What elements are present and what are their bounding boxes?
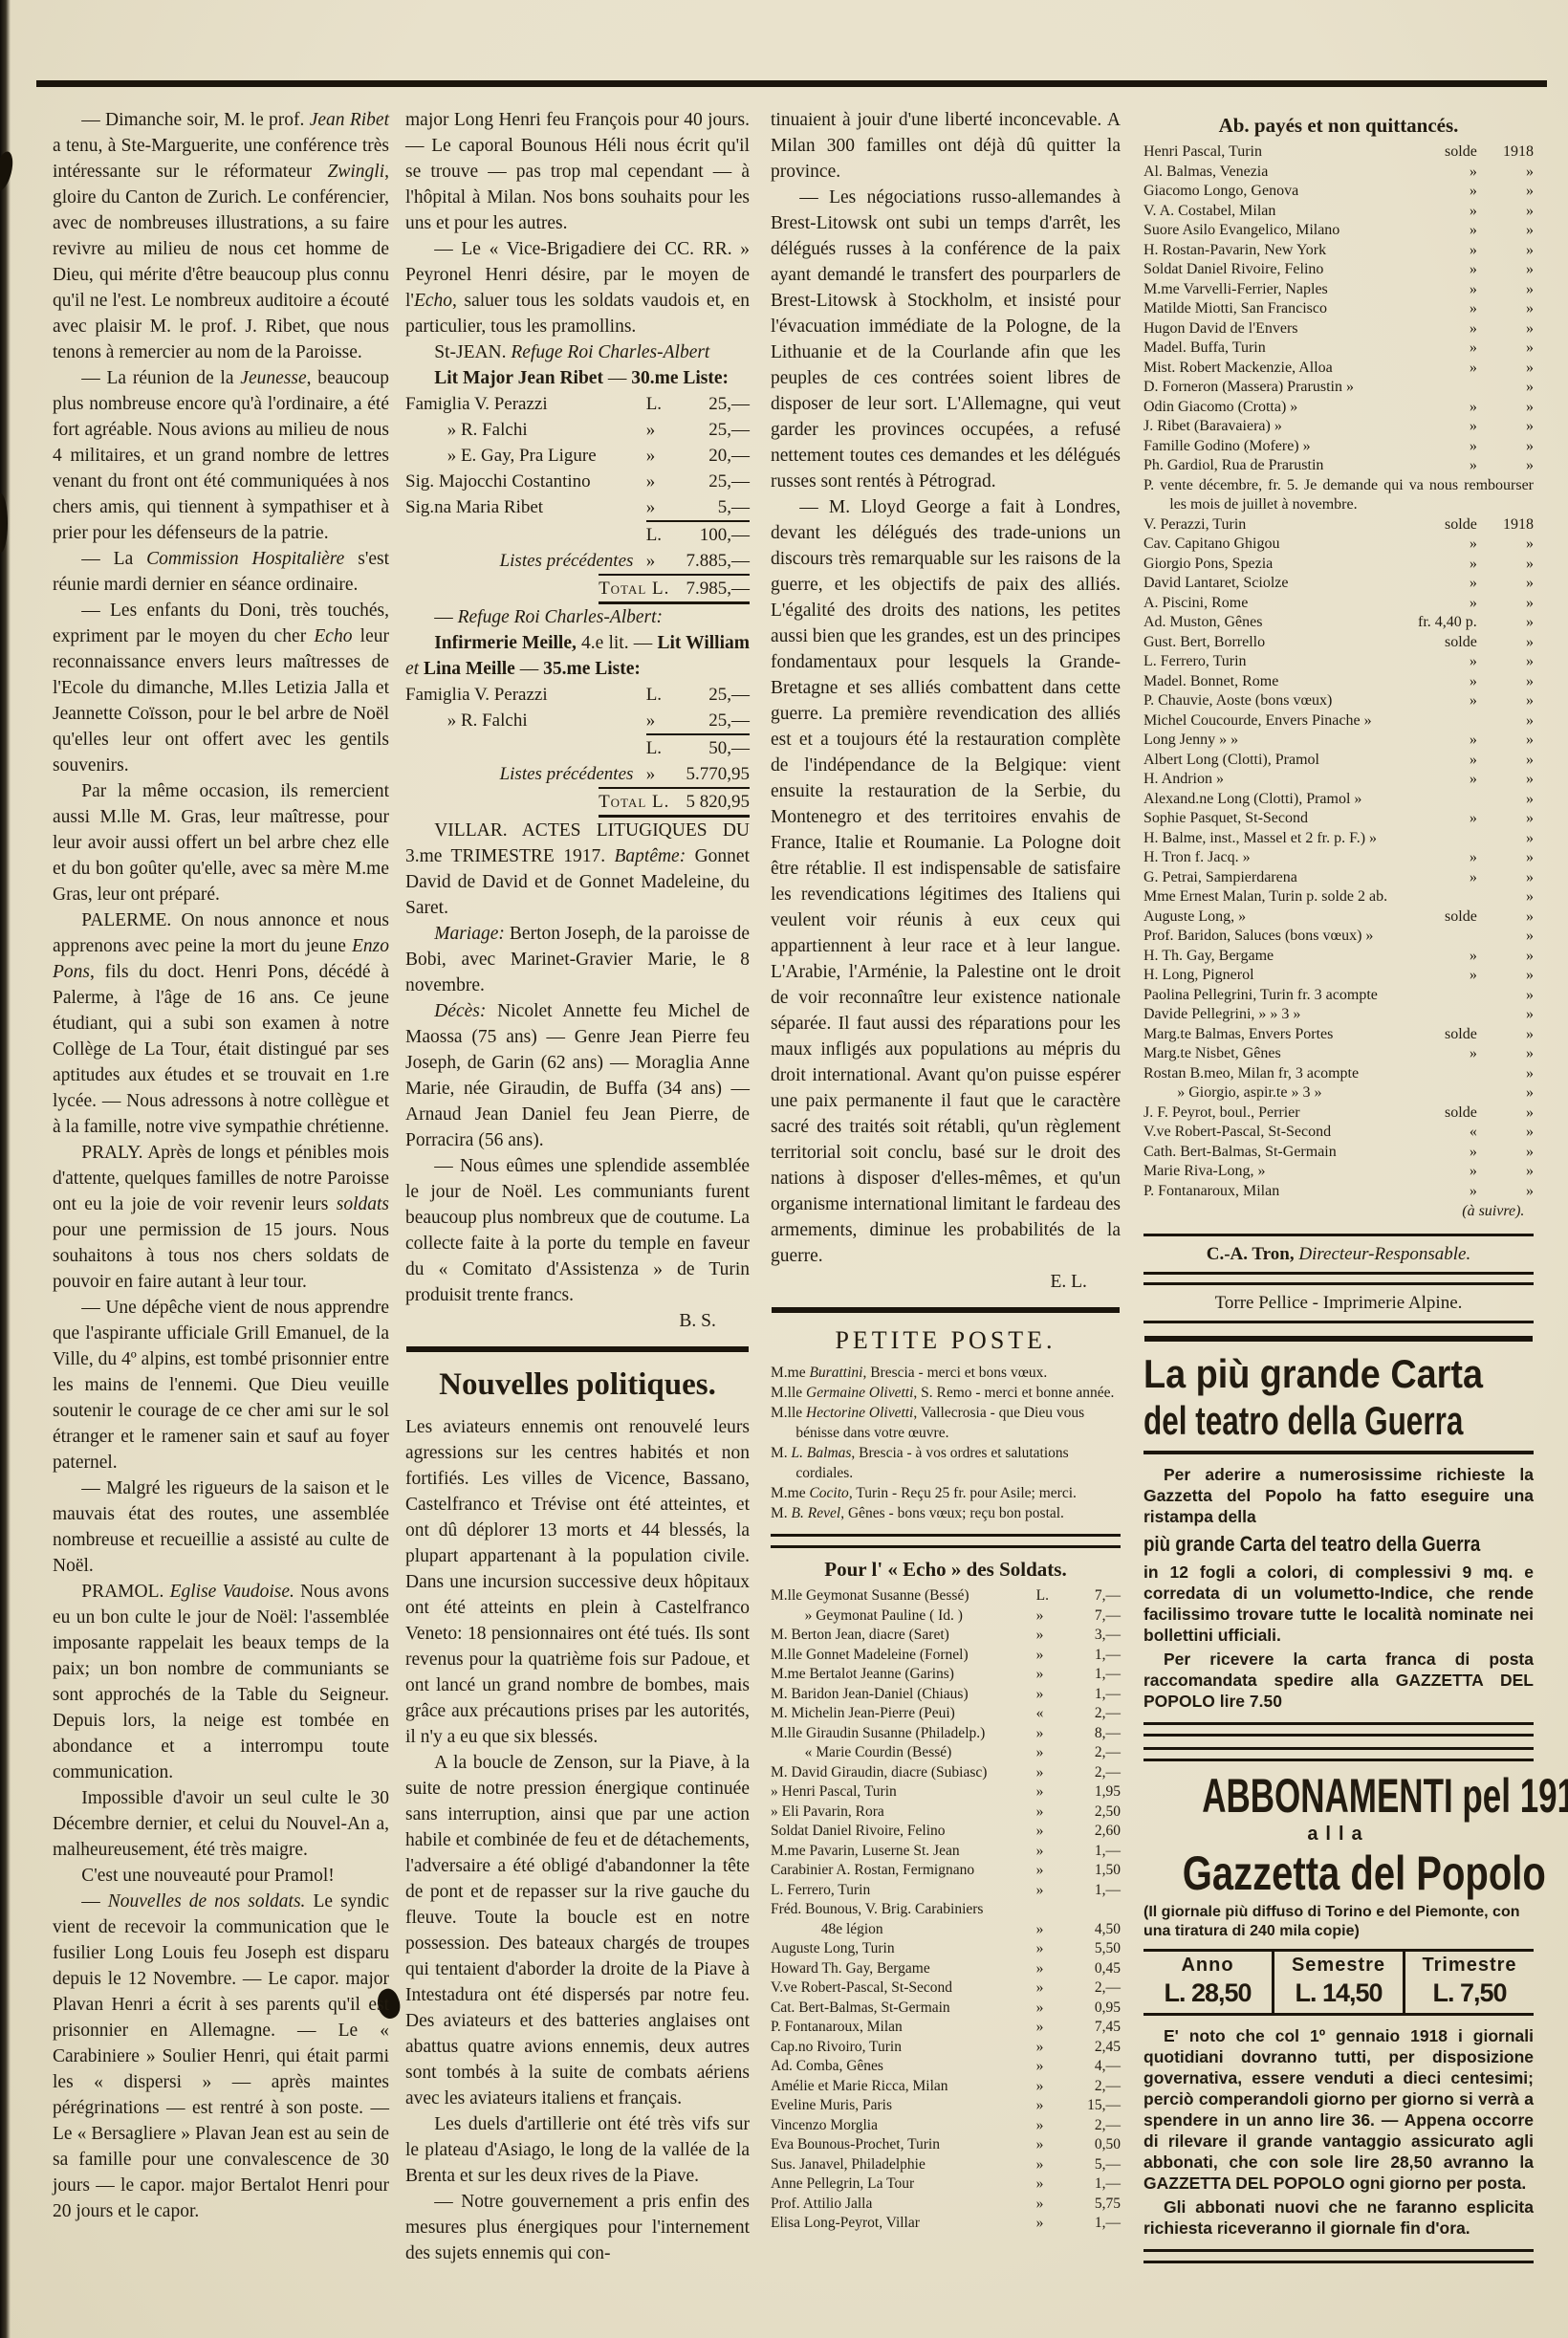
donation-row: » Geymonat Pauline ( Id. )»7,— bbox=[771, 1606, 1121, 1627]
donation-row: M.me Pavarin, Luserne St. Jean»1,— bbox=[771, 1842, 1121, 1862]
amount: 4,50 bbox=[1069, 1920, 1121, 1940]
donor-name: Listes précédentes bbox=[405, 761, 646, 787]
currency-mark: L. bbox=[1036, 1586, 1069, 1606]
donation-row: V.ve Robert-Pascal, St-Second»2,— bbox=[771, 1978, 1121, 1999]
payment-status: » bbox=[1470, 437, 1494, 457]
payment-status: » bbox=[1470, 1162, 1494, 1182]
subscriber-row: Mme Ernest Malan, Turin p. solde 2 ab.» bbox=[1143, 887, 1534, 907]
paragraph: — Les enfants du Doni, très touchés, exp… bbox=[53, 598, 389, 778]
top-rule bbox=[36, 80, 1547, 87]
payment-status: » bbox=[1470, 848, 1494, 868]
paragraph: PRAMOL. Eglise Vaudoise. Nous avons eu u… bbox=[53, 1579, 389, 1785]
subscriber-row: Marg.te Nisbet, Gênes»» bbox=[1143, 1044, 1534, 1064]
subscriber-row: P. Chauvie, Aoste (bons vœux)»» bbox=[1143, 691, 1534, 711]
payment-status: solde bbox=[1445, 1025, 1493, 1045]
subscriber-name: Giacomo Longo, Genova bbox=[1143, 182, 1470, 202]
subscriber-name: Cath. Bert-Balmas, St-Germain bbox=[1143, 1143, 1470, 1163]
subscriber-row: H. Th. Gay, Bergame»» bbox=[1143, 947, 1534, 967]
donor-name: Sus. Janavel, Philadelphie bbox=[771, 2155, 1036, 2175]
currency-mark: » bbox=[1036, 2155, 1069, 2175]
currency-mark: » bbox=[646, 708, 686, 733]
price-value: L. 28,50 bbox=[1164, 1978, 1251, 2007]
donation-row: Howard Th. Gay, Bergame»0,45 bbox=[771, 1959, 1121, 1979]
payment-year: » bbox=[1493, 417, 1534, 437]
payment-status: » bbox=[1470, 260, 1494, 280]
payment-year: » bbox=[1493, 1103, 1534, 1124]
amount: 20,— bbox=[686, 443, 751, 469]
paragraph: — Le « Vice-Brigadiere dei CC. RR. » Pey… bbox=[405, 236, 750, 339]
payment-year: » bbox=[1493, 887, 1534, 907]
payment-status: solde bbox=[1445, 515, 1493, 535]
subscriber-row: G. Petrai, Sampierdarena»» bbox=[1143, 868, 1534, 888]
amount: 1,— bbox=[1069, 2174, 1121, 2195]
divider-double-rule bbox=[1143, 2249, 1534, 2263]
currency-mark: » bbox=[1036, 1685, 1069, 1705]
payment-year: » bbox=[1493, 927, 1534, 947]
subscriber-row: V.ve Robert-Pascal, St-Second«» bbox=[1143, 1123, 1534, 1143]
donor-name: » Eli Pavarin, Rora bbox=[771, 1803, 1036, 1823]
amount: 50,— bbox=[686, 733, 751, 761]
amount: 2,— bbox=[1069, 2077, 1121, 2097]
payment-year: » bbox=[1493, 1083, 1534, 1103]
notice-entry: P. vente décembre, fr. 5. Je demande qui… bbox=[1143, 476, 1534, 515]
currency-mark: L. bbox=[646, 682, 686, 708]
subscriber-name: Odin Giacomo (Crotta) » bbox=[1143, 398, 1470, 418]
currency-mark: » bbox=[1036, 2077, 1069, 2097]
subscriber-row: Ad. Muston, Gênesfr. 4,40 p.» bbox=[1143, 613, 1534, 633]
currency-mark: L. bbox=[646, 391, 686, 417]
donation-row: Amélie et Marie Ricca, Milan»2,— bbox=[771, 2077, 1121, 2097]
amount: 25,— bbox=[686, 417, 751, 443]
notice-entry: M.me Burattini, Brescia - merci et bons … bbox=[771, 1363, 1121, 1383]
currency-mark: » bbox=[1036, 1724, 1069, 1744]
currency-mark: » bbox=[1036, 1939, 1069, 1959]
subscriber-row: Famille Godino (Mofere) »»» bbox=[1143, 437, 1534, 457]
subscriber-row: Sophie Pasquet, St-Second»» bbox=[1143, 809, 1534, 829]
subscriber-row: Giacomo Longo, Genova»» bbox=[1143, 182, 1534, 202]
payment-year: » bbox=[1493, 672, 1534, 692]
subscriber-name: A. Piscini, Rome bbox=[1143, 594, 1470, 614]
subscriber-name: H. Long, Pignerol bbox=[1143, 966, 1470, 986]
donation-row: » E. Gay, Pra Ligure»20,— bbox=[405, 443, 750, 469]
donor-name: Ad. Comba, Gênes bbox=[771, 2057, 1036, 2077]
subscriber-name: V. A. Costabel, Milan bbox=[1143, 202, 1470, 222]
payment-status: » bbox=[1470, 299, 1494, 319]
payment-status: » bbox=[1470, 417, 1494, 437]
donation-row: L.100,— bbox=[405, 520, 750, 548]
paragraph: — Refuge Roi Charles-Albert: bbox=[405, 604, 750, 630]
subscriber-name: Auguste Long, » bbox=[1143, 907, 1445, 928]
payment-year: » bbox=[1493, 241, 1534, 261]
list-heading: Pour l' « Echo » des Soldats. bbox=[771, 1557, 1121, 1582]
amount: 5,75 bbox=[1069, 2195, 1121, 2215]
currency-mark: » bbox=[1036, 2057, 1069, 2077]
amount: 2,— bbox=[1069, 1704, 1121, 1724]
paragraph: A la boucle de Zenson, sur la Piave, à l… bbox=[405, 1750, 750, 2111]
subscriber-name: Long Jenny » » bbox=[1143, 731, 1470, 751]
subscriber-name: Soldat Daniel Rivoire, Felino bbox=[1143, 260, 1470, 280]
currency-mark: » bbox=[1036, 2195, 1069, 2215]
amount: 0,95 bbox=[1069, 1999, 1121, 2019]
paragraph: major Long Henri feu François pour 40 jo… bbox=[405, 107, 750, 236]
currency-mark: » bbox=[646, 761, 686, 787]
subscriber-row: Hugon David de l'Envers»» bbox=[1143, 319, 1534, 339]
currency-mark: » bbox=[1036, 2038, 1069, 2058]
payment-status: solde bbox=[1445, 1103, 1493, 1124]
subscriber-name: P. Chauvie, Aoste (bons vœux) bbox=[1143, 691, 1470, 711]
currency-mark: » bbox=[1036, 1920, 1069, 1940]
paragraph: tinuaient à jouir d'une liberté inconcev… bbox=[771, 107, 1121, 185]
price-cell: TrimestreL. 7,50 bbox=[1403, 1952, 1534, 2013]
donation-row: Eveline Muris, Paris»15,— bbox=[771, 2096, 1121, 2116]
donor-name: Carabinier A. Rostan, Fermignano bbox=[771, 1861, 1036, 1881]
signature: B. S. bbox=[405, 1308, 750, 1334]
subscriber-name: David Lantaret, Sciolze bbox=[1143, 574, 1470, 594]
payment-status: » bbox=[1470, 868, 1494, 888]
notice-entry: M.me Cocito, Turin - Reçu 25 fr. pour As… bbox=[771, 1483, 1121, 1503]
payment-year: » bbox=[1493, 1143, 1534, 1163]
subscriber-name: Al. Balmas, Venezia bbox=[1143, 163, 1470, 183]
donor-name: Cat. Bert-Balmas, St-Germain bbox=[771, 1999, 1036, 2019]
imprint-box: C.-A. Tron, Directeur-Responsable. bbox=[1143, 1234, 1534, 1275]
notice-entry: M.lle Hectorine Olivetti, Vallecrosia - … bbox=[771, 1403, 1121, 1443]
donor-name: M.lle Geymonat Susanne (Bessé) bbox=[771, 1586, 1036, 1606]
text-line: (à suivre). bbox=[1143, 1201, 1534, 1222]
list-heading: Ab. payés et non quittancés. bbox=[1143, 113, 1534, 138]
currency-mark: » bbox=[1036, 2116, 1069, 2136]
currency-mark: » bbox=[1036, 1626, 1069, 1646]
payment-status: » bbox=[1470, 809, 1494, 829]
payment-status: » bbox=[1470, 163, 1494, 183]
ad-line: alla bbox=[1143, 1824, 1534, 1846]
subscriber-name: H. Andrion » bbox=[1143, 770, 1470, 790]
payment-year: » bbox=[1493, 437, 1534, 457]
subscriber-name: M.me Varvelli-Ferrier, Naples bbox=[1143, 280, 1470, 300]
currency-mark: » bbox=[646, 548, 686, 574]
payment-year: » bbox=[1493, 359, 1534, 379]
currency-mark: » bbox=[646, 494, 686, 520]
subscriber-row: H. Tron f. Jacq. »»» bbox=[1143, 848, 1534, 868]
subscriber-row: J. F. Peyrot, boul., Perriersolde» bbox=[1143, 1103, 1534, 1124]
paragraph: VILLAR. ACTES LITUGIQUES DU 3.me TRIMEST… bbox=[405, 818, 750, 921]
subscriber-name: Rostan B.meo, Milan fr, 3 acompte bbox=[1143, 1064, 1477, 1084]
currency-mark: » bbox=[1036, 2096, 1069, 2116]
amount: 5 820,95 bbox=[686, 787, 751, 818]
subscriber-row: Alexand.ne Long (Clotti), Pramol »» bbox=[1143, 790, 1534, 810]
donation-row: » R. Falchi»25,— bbox=[405, 708, 750, 733]
payment-year: » bbox=[1493, 1064, 1534, 1084]
amount: 7,— bbox=[1069, 1586, 1121, 1606]
payment-year: » bbox=[1493, 574, 1534, 594]
subscriber-row: P. Fontanaroux, Milan»» bbox=[1143, 1182, 1534, 1202]
payment-year: » bbox=[1493, 1025, 1534, 1045]
donation-row: Carabinier A. Rostan, Fermignano»1,50 bbox=[771, 1861, 1121, 1881]
payment-year: » bbox=[1493, 1044, 1534, 1064]
ad-line: E' noto che col 1º gennaio 1918 i giorna… bbox=[1143, 2025, 1534, 2194]
notice-entry: M.lle Germaine Olivetti, S. Remo - merci… bbox=[771, 1383, 1121, 1403]
payment-status bbox=[1477, 711, 1494, 732]
paragraph: — La réunion de la Jeunesse, beaucoup pl… bbox=[53, 365, 389, 546]
donor-name: Eva Bounous-Prochet, Turin bbox=[771, 2135, 1036, 2155]
subscriber-row: Long Jenny » »»» bbox=[1143, 731, 1534, 751]
donation-row: Sig.na Maria Ribet»5,— bbox=[405, 494, 750, 520]
currency-mark: » bbox=[1036, 2174, 1069, 2195]
amount: 1,— bbox=[1069, 1685, 1121, 1705]
payment-year: » bbox=[1493, 652, 1534, 672]
currency-mark: » bbox=[1036, 1842, 1069, 1862]
amount: 8,— bbox=[1069, 1724, 1121, 1744]
payment-year: » bbox=[1493, 848, 1534, 868]
currency-mark: » bbox=[1036, 1606, 1069, 1627]
donation-row: Auguste Long, Turin»5,50 bbox=[771, 1939, 1121, 1959]
amount: 15,— bbox=[1069, 2096, 1121, 2116]
donor-name: » Henri Pascal, Turin bbox=[771, 1782, 1036, 1803]
payment-status: » bbox=[1470, 182, 1494, 202]
page-edge-shadow bbox=[0, 0, 11, 2338]
column-1-parish-news: — Dimanche soir, M. le prof. Jean Ribet … bbox=[53, 107, 389, 2224]
ad-line: Per ricevere la carta franca di posta ra… bbox=[1143, 1649, 1534, 1712]
subscriber-row: M.me Varvelli-Ferrier, Naples»» bbox=[1143, 280, 1534, 300]
currency-mark: » bbox=[646, 469, 686, 494]
donor-name: Famiglia V. Perazzi bbox=[405, 391, 646, 417]
amount: 5,— bbox=[686, 494, 751, 520]
donor-name: M. David Giraudin, diacre (Subiasc) bbox=[771, 1763, 1036, 1783]
subscriber-row: J. Ribet (Baravaiera) »»» bbox=[1143, 417, 1534, 437]
subscriber-name: Alexand.ne Long (Clotti), Pramol » bbox=[1143, 790, 1477, 810]
donation-row: Total L.7.985,— bbox=[405, 574, 750, 604]
currency-mark bbox=[1036, 1900, 1069, 1920]
payment-year: » bbox=[1493, 555, 1534, 575]
currency-mark: » bbox=[1036, 1646, 1069, 1666]
paragraph: PALERME. On nous annonce et nous appreno… bbox=[53, 907, 389, 1140]
amount: 25,— bbox=[686, 682, 751, 708]
payment-year: » bbox=[1493, 868, 1534, 888]
donation-row: P. Fontanaroux, Milan»7,45 bbox=[771, 2018, 1121, 2038]
paragraph: Infirmerie Meille, 4.e lit. — Lit Willia… bbox=[405, 630, 750, 682]
subscriber-name: Marg.te Balmas, Envers Portes bbox=[1143, 1025, 1445, 1045]
amount: 2,50 bbox=[1069, 1803, 1121, 1823]
subscriber-name: Hugon David de l'Envers bbox=[1143, 319, 1470, 339]
column-4-subscribers-and-ads: Ab. payés et non quittancés.Henri Pascal… bbox=[1143, 107, 1534, 2272]
payment-year: » bbox=[1493, 1005, 1534, 1025]
currency-mark: » bbox=[646, 443, 686, 469]
notice-entry: M. B. Revel, Gênes - bons vœux; reçu bon… bbox=[771, 1503, 1121, 1523]
subscriber-row: Mist. Robert Mackenzie, Alloa»» bbox=[1143, 359, 1534, 379]
currency-mark: » bbox=[1036, 1782, 1069, 1803]
amount: 3,— bbox=[1069, 1626, 1121, 1646]
payment-year: » bbox=[1493, 1162, 1534, 1182]
payment-year: » bbox=[1493, 907, 1534, 928]
paragraph: St-JEAN. Refuge Roi Charles-Albert bbox=[405, 339, 750, 365]
payment-status: » bbox=[1470, 751, 1494, 771]
subscriber-row: A. Piscini, Rome»» bbox=[1143, 594, 1534, 614]
payment-year: » bbox=[1493, 594, 1534, 614]
donor-name: Amélie et Marie Ricca, Milan bbox=[771, 2077, 1036, 2097]
payment-year: » bbox=[1493, 202, 1534, 222]
paragraph: Mariage: Berton Joseph, de la paroisse d… bbox=[405, 921, 750, 998]
ad-line bbox=[1143, 1451, 1534, 1454]
payment-year: » bbox=[1493, 535, 1534, 555]
amount: 25,— bbox=[686, 391, 751, 417]
donor-name: » Geymonat Pauline ( Id. ) bbox=[771, 1606, 1036, 1627]
paragraph: — Nous eûmes une splendide assemblée le … bbox=[405, 1153, 750, 1308]
donation-row: Prof. Attilio Jalla»5,75 bbox=[771, 2195, 1121, 2215]
subscriber-row: Ph. Gardiol, Rua de Prarustin»» bbox=[1143, 456, 1534, 476]
divider-rule bbox=[772, 1307, 1120, 1313]
section-heading: PETITE POSTE. bbox=[771, 1326, 1121, 1355]
currency-mark: L. bbox=[646, 733, 686, 761]
payment-status: » bbox=[1470, 221, 1494, 241]
amount: 1,— bbox=[1069, 1881, 1121, 1901]
donation-row: Eva Bounous-Prochet, Turin»0,50 bbox=[771, 2135, 1121, 2155]
subscriber-name: Giorgio Pons, Spezia bbox=[1143, 555, 1470, 575]
payment-year: » bbox=[1493, 456, 1534, 476]
subscriber-name: Cav. Capitano Ghigou bbox=[1143, 535, 1470, 555]
subscriber-name: H. Tron f. Jacq. » bbox=[1143, 848, 1470, 868]
newspaper-page: — Dimanche soir, M. le prof. Jean Ribet … bbox=[0, 0, 1568, 2338]
ad-line: La più grande Carta bbox=[1143, 1352, 1494, 1395]
paragraph: Par la même occasion, ils remercient aus… bbox=[53, 778, 389, 907]
subscriber-name: Sophie Pasquet, St-Second bbox=[1143, 809, 1470, 829]
payment-status: » bbox=[1470, 672, 1494, 692]
payment-status bbox=[1477, 927, 1494, 947]
currency-mark: » bbox=[1036, 1822, 1069, 1842]
payment-year: » bbox=[1493, 986, 1534, 1006]
subscriber-row: Cath. Bert-Balmas, St-Germain»» bbox=[1143, 1143, 1534, 1163]
donor-name bbox=[405, 787, 599, 818]
subscriber-row: Madel. Buffa, Turin»» bbox=[1143, 339, 1534, 359]
payment-year: » bbox=[1493, 378, 1534, 398]
paragraph: — Une dépêche vient de nous apprendre qu… bbox=[53, 1295, 389, 1475]
payment-status: » bbox=[1470, 339, 1494, 359]
subscriber-name: P. Fontanaroux, Milan bbox=[1143, 1182, 1470, 1202]
amount bbox=[1069, 1900, 1121, 1920]
subscriber-row: Cav. Capitano Ghigou»» bbox=[1143, 535, 1534, 555]
donor-name: M. Baridon Jean-Daniel (Chiaus) bbox=[771, 1685, 1036, 1705]
paragraph: — Notre gouvernement a pris enfin des me… bbox=[405, 2189, 750, 2266]
amount: 25,— bbox=[686, 469, 751, 494]
donor-name bbox=[405, 574, 599, 604]
paragraph: Lit Major Jean Ribet — 30.me Liste: bbox=[405, 365, 750, 391]
donor-name: V.ve Robert-Pascal, St-Second bbox=[771, 1978, 1036, 1999]
paragraph: — Malgré les rigueurs de la saison et le… bbox=[53, 1475, 389, 1579]
donation-row: 48e légion»4,50 bbox=[771, 1920, 1121, 1940]
subscriber-name: Suore Asilo Evangelico, Milano bbox=[1143, 221, 1470, 241]
divider-double-rule bbox=[1143, 1722, 1534, 1737]
paragraph: — Dimanche soir, M. le prof. Jean Ribet … bbox=[53, 107, 389, 365]
subscriber-name: H. Balme, inst., Massel et 2 fr. p. F.) … bbox=[1143, 829, 1477, 849]
divider-rule bbox=[1144, 1336, 1533, 1342]
subscriber-row: Marg.te Balmas, Envers Portessolde» bbox=[1143, 1025, 1534, 1045]
donation-row: M.lle Giraudin Susanne (Philadelp.)»8,— bbox=[771, 1724, 1121, 1744]
payment-status: » bbox=[1470, 319, 1494, 339]
amount: 0,45 bbox=[1069, 1959, 1121, 1979]
paragraph: Impossible d'avoir un seul culte le 30 D… bbox=[53, 1785, 389, 1863]
paragraph: Les aviateurs ennemis ont renouvelé leur… bbox=[405, 1414, 750, 1750]
payment-year: » bbox=[1493, 339, 1534, 359]
currency-mark: » bbox=[1036, 1999, 1069, 2019]
subscriber-row: H. Balme, inst., Massel et 2 fr. p. F.) … bbox=[1143, 829, 1534, 849]
payment-status bbox=[1477, 1064, 1494, 1084]
divider-rule bbox=[406, 1346, 749, 1352]
donor-name: Sig. Majocchi Costantino bbox=[405, 469, 646, 494]
donation-row: M.lle Geymonat Susanne (Bessé)L.7,— bbox=[771, 1586, 1121, 1606]
subscriber-name: Prof. Baridon, Saluces (bons vœux) » bbox=[1143, 927, 1477, 947]
donation-row: Famiglia V. PerazziL.25,— bbox=[405, 391, 750, 417]
payment-year: » bbox=[1493, 299, 1534, 319]
payment-status: » bbox=[1470, 594, 1494, 614]
ad-line: Per aderire a numerosissime richieste la… bbox=[1143, 1464, 1534, 1527]
currency-mark: » bbox=[1036, 1763, 1069, 1783]
subscriber-name: Ad. Muston, Gênes bbox=[1143, 613, 1418, 633]
subscriber-name: H. Th. Gay, Bergame bbox=[1143, 947, 1470, 967]
donation-row: Cap.no Rivoiro, Turin»2,45 bbox=[771, 2038, 1121, 2058]
donation-row: M. David Giraudin, diacre (Subiasc)»2,— bbox=[771, 1763, 1121, 1783]
payment-status: » bbox=[1470, 770, 1494, 790]
payment-year: » bbox=[1493, 1182, 1534, 1202]
subscriber-row: » Giorgio, aspir.te » 3 »» bbox=[1143, 1083, 1534, 1103]
subscriber-row: H. Andrion »»» bbox=[1143, 770, 1534, 790]
payment-status: » bbox=[1470, 456, 1494, 476]
donor-name: P. Fontanaroux, Milan bbox=[771, 2018, 1036, 2038]
donor-name: « Marie Courdin (Bessé) bbox=[771, 1743, 1036, 1763]
donor-name: M. Michelin Jean-Pierre (Peui) bbox=[771, 1704, 1036, 1724]
paragraph: C'est une nouveauté pour Pramol! bbox=[53, 1863, 389, 1889]
donation-row: Anne Pellegrin, La Tour»1,— bbox=[771, 2174, 1121, 2195]
currency-mark: » bbox=[1036, 1881, 1069, 1901]
payment-status bbox=[1477, 1005, 1494, 1025]
amount: 0,50 bbox=[1069, 2135, 1121, 2155]
subscriber-name: Madel. Buffa, Turin bbox=[1143, 339, 1470, 359]
paragraph: — Nouvelles de nos soldats. Le syndic vi… bbox=[53, 1889, 389, 2224]
paragraph: Les duels d'artillerie ont été très vifs… bbox=[405, 2111, 750, 2189]
ad-line: Gazzetta del Popolo bbox=[1183, 1847, 1494, 1899]
currency-mark: » bbox=[1036, 1978, 1069, 1999]
donor-name: M.me Bertalot Jeanne (Garins) bbox=[771, 1665, 1036, 1685]
currency-mark: » bbox=[1036, 2214, 1069, 2234]
donation-row: M.lle Gonnet Madeleine (Fornel)»1,— bbox=[771, 1646, 1121, 1666]
subscriber-row: Davide Pellegrini, » » 3 »» bbox=[1143, 1005, 1534, 1025]
subscriber-row: H. Rostan-Pavarin, New York»» bbox=[1143, 241, 1534, 261]
subscriber-row: Soldat Daniel Rivoire, Felino»» bbox=[1143, 260, 1534, 280]
paragraph: PRALY. Après de longs et pénibles mois d… bbox=[53, 1140, 389, 1295]
donation-row: » R. Falchi»25,— bbox=[405, 417, 750, 443]
donor-name: L. Ferrero, Turin bbox=[771, 1881, 1036, 1901]
subscriber-row: Al. Balmas, Venezia»» bbox=[1143, 163, 1534, 183]
subscriber-name: Marg.te Nisbet, Gênes bbox=[1143, 1044, 1470, 1064]
paragraph: — Les négociations russo-allemandes à Br… bbox=[771, 185, 1121, 494]
donor-name: Listes précédentes bbox=[405, 548, 646, 574]
paragraph: — La Commission Hospitalière s'est réuni… bbox=[53, 546, 389, 598]
ad-line: più grande Carta del teatro della Guerra bbox=[1143, 1530, 1475, 1559]
donation-row: Elisa Long-Peyrot, Villar»1,— bbox=[771, 2214, 1121, 2234]
subscriber-row: David Lantaret, Sciolze»» bbox=[1143, 574, 1534, 594]
currency-mark: » bbox=[1036, 2135, 1069, 2155]
paragraph: Décès: Nicolet Annette feu Michel de Mao… bbox=[405, 998, 750, 1153]
donor-name: Famiglia V. Perazzi bbox=[405, 682, 646, 708]
payment-status bbox=[1477, 887, 1494, 907]
donor-name: Anne Pellegrin, La Tour bbox=[771, 2174, 1036, 2195]
subscriber-name: V. Perazzi, Turin bbox=[1143, 515, 1445, 535]
subscriber-name: Matilde Miotti, San Francisco bbox=[1143, 299, 1470, 319]
payment-year: » bbox=[1493, 966, 1534, 986]
subscriber-row: Prof. Baridon, Saluces (bons vœux) »» bbox=[1143, 927, 1534, 947]
subscriber-name: J. F. Peyrot, boul., Perrier bbox=[1143, 1103, 1445, 1124]
amount: 5.770,95 bbox=[686, 761, 751, 787]
payment-status: » bbox=[1470, 280, 1494, 300]
subscriber-name: Paolina Pellegrini, Turin fr. 3 acompte bbox=[1143, 986, 1477, 1006]
donor-name: M. Berton Jean, diacre (Saret) bbox=[771, 1626, 1036, 1646]
